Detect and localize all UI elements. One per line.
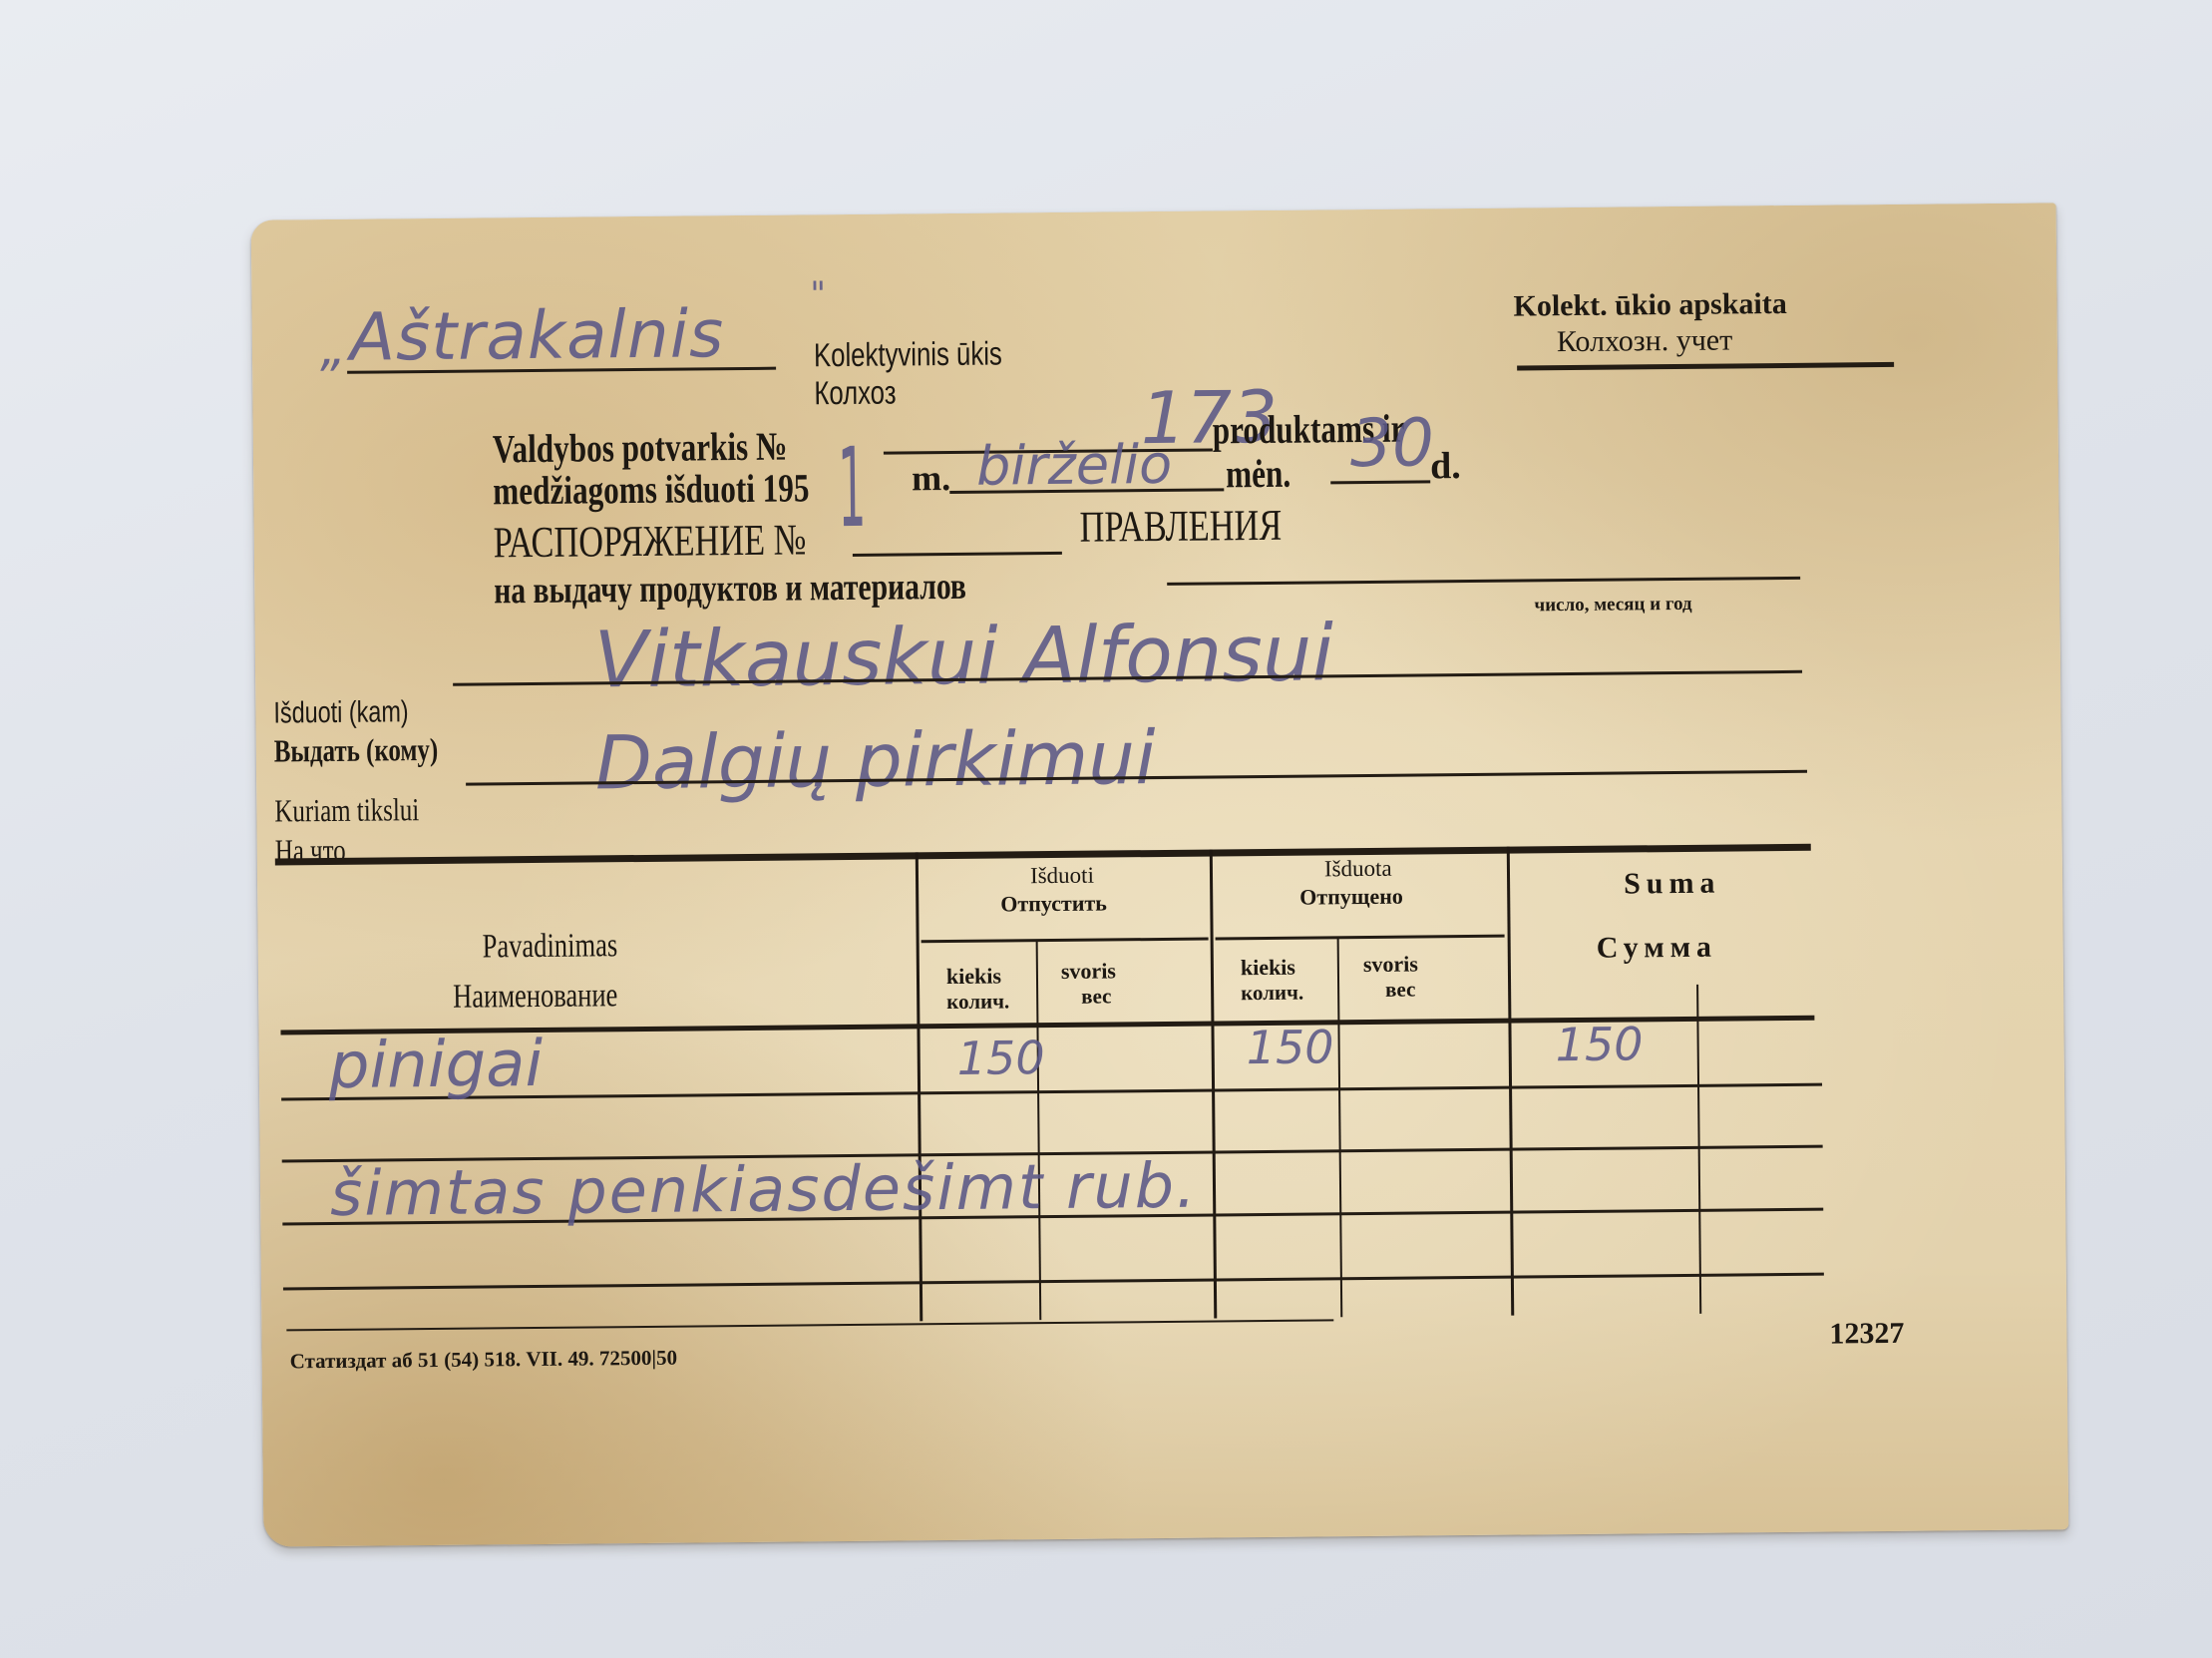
header-sum-lt: Suma: [1624, 867, 1721, 902]
row-amount-in-words: šimtas penkiasdešimt rub.: [330, 1149, 1198, 1230]
row-issued-qty: 150: [1246, 1020, 1333, 1074]
table-row: šimtas penkiasdešimt rub.: [251, 203, 2056, 219]
items-table: Pavadinimas Наименование Išduoti Отпусти…: [251, 203, 2056, 219]
header-issue-ru: Отпустить: [1000, 891, 1107, 918]
month-handwritten: birželio: [976, 433, 1173, 498]
accounting-label-ru: Колхозн. учет: [1557, 323, 1733, 359]
day-suffix: d.: [1430, 444, 1461, 488]
order-line3-ru-end: ПРАВЛЕНИЯ: [1079, 500, 1282, 553]
table-bottom-rule: [286, 1319, 1333, 1331]
year-digit-handwritten: 1: [838, 424, 867, 552]
recipient-label-ru: Выдать (кому): [274, 731, 439, 770]
table-row: pinigai 150 150 150: [251, 203, 2056, 219]
accounting-underline: [1517, 362, 1894, 371]
header-issue-weight-lt: svoris: [1061, 958, 1116, 985]
day-handwritten: 30: [1349, 404, 1434, 482]
row-rule-4: [283, 1273, 1824, 1291]
purpose-handwritten: Dalgių pirkimui: [594, 715, 1156, 806]
header-issue-qty-lt: kiekis: [946, 964, 1001, 991]
recipient-label-lt: Išduoti (kam): [273, 695, 409, 730]
document-paper: „ Aštrakalnis " Kolektyvinis ūkis Колхоз…: [251, 203, 2069, 1546]
issue-subheader-rule: [922, 938, 1209, 944]
date-blank: [1167, 577, 1800, 586]
farm-name-handwritten: Aštrakalnis: [349, 295, 724, 376]
col-divider-name: [916, 852, 923, 1321]
issued-subheader-rule: [1216, 935, 1505, 941]
row-issue-qty: 150: [956, 1031, 1044, 1085]
printer-imprint: Статиздат аб 51 (54) 518. VII. 49. 72500…: [290, 1346, 678, 1375]
col-divider-issue-sub: [1036, 941, 1042, 1320]
col-divider-issued-sub: [1337, 938, 1343, 1317]
form-number: 12327: [1829, 1317, 1904, 1352]
ru-number-blank: [853, 552, 1062, 557]
header-issue-lt: Išduoti: [1030, 863, 1094, 890]
accounting-label-lt: Kolekt. ūkio apskaita: [1513, 287, 1787, 324]
purpose-label-lt: Kuriam tikslui: [274, 791, 419, 829]
quote-open: „: [320, 319, 346, 377]
month-suffix: mėn.: [1226, 450, 1290, 498]
header-name-ru: Наименование: [453, 977, 618, 1017]
col-divider-issue: [1210, 849, 1218, 1318]
farm-label-lt: Kolektyvinis ūkis: [814, 334, 1002, 374]
header-issued-ru: Отпущено: [1299, 884, 1403, 911]
header-sum-ru: Сумма: [1597, 931, 1718, 966]
order-line4-ru: на выдачу продуктов и материалов: [494, 565, 966, 614]
date-caption-ru: число, месяц и год: [1534, 594, 1691, 618]
recipient-handwritten: Vitkauskui Alfonsui: [593, 609, 1333, 705]
header-issued-weight-lt: svoris: [1363, 952, 1418, 979]
quote-close: ": [810, 274, 826, 314]
farm-label-ru: Колхоз: [814, 374, 897, 413]
header-issue-weight-ru: вес: [1081, 984, 1111, 1009]
order-line3-ru: РАСПОРЯЖЕНИЕ №: [494, 514, 807, 568]
row-sum: 150: [1555, 1017, 1643, 1071]
order-line2-lt: medžiagoms išduoti 195: [493, 464, 810, 514]
header-issue-qty-ru: колич.: [946, 989, 1009, 1015]
header-issued-lt: Išduota: [1324, 856, 1392, 883]
header-name-lt: Pavadinimas: [482, 927, 617, 966]
col-divider-issued: [1507, 847, 1515, 1316]
header-issued-weight-ru: вес: [1385, 978, 1415, 1003]
header-issued-qty-ru: колич.: [1241, 981, 1303, 1007]
month-prefix: m.: [912, 457, 950, 499]
row-item-name: pinigai: [328, 1028, 543, 1103]
header-issued-qty-lt: kiekis: [1241, 955, 1295, 982]
